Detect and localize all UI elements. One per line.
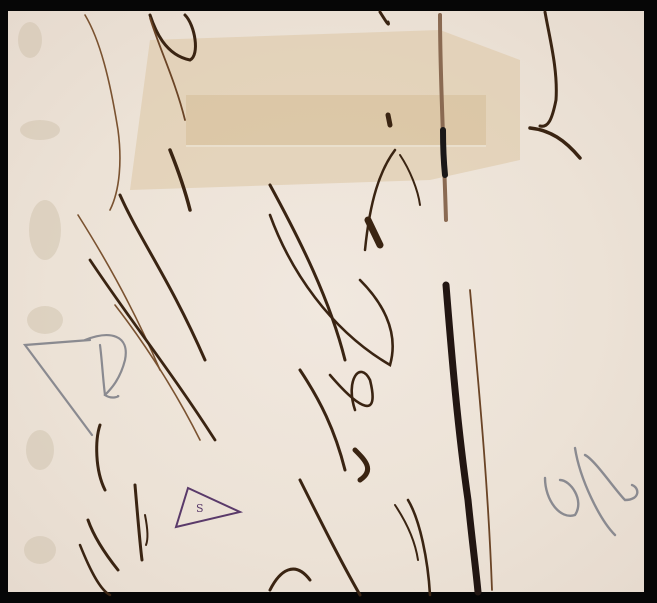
pencil-number [545,448,637,535]
handwriting-layer: S [0,0,657,603]
tape-stain [130,30,520,190]
pencil-triangle-mark [25,340,92,435]
violet-triangle-mark: S [176,488,240,527]
pencil-marks [25,335,637,535]
foxing-stains [18,22,63,564]
violet-mark-text: S [196,502,204,515]
